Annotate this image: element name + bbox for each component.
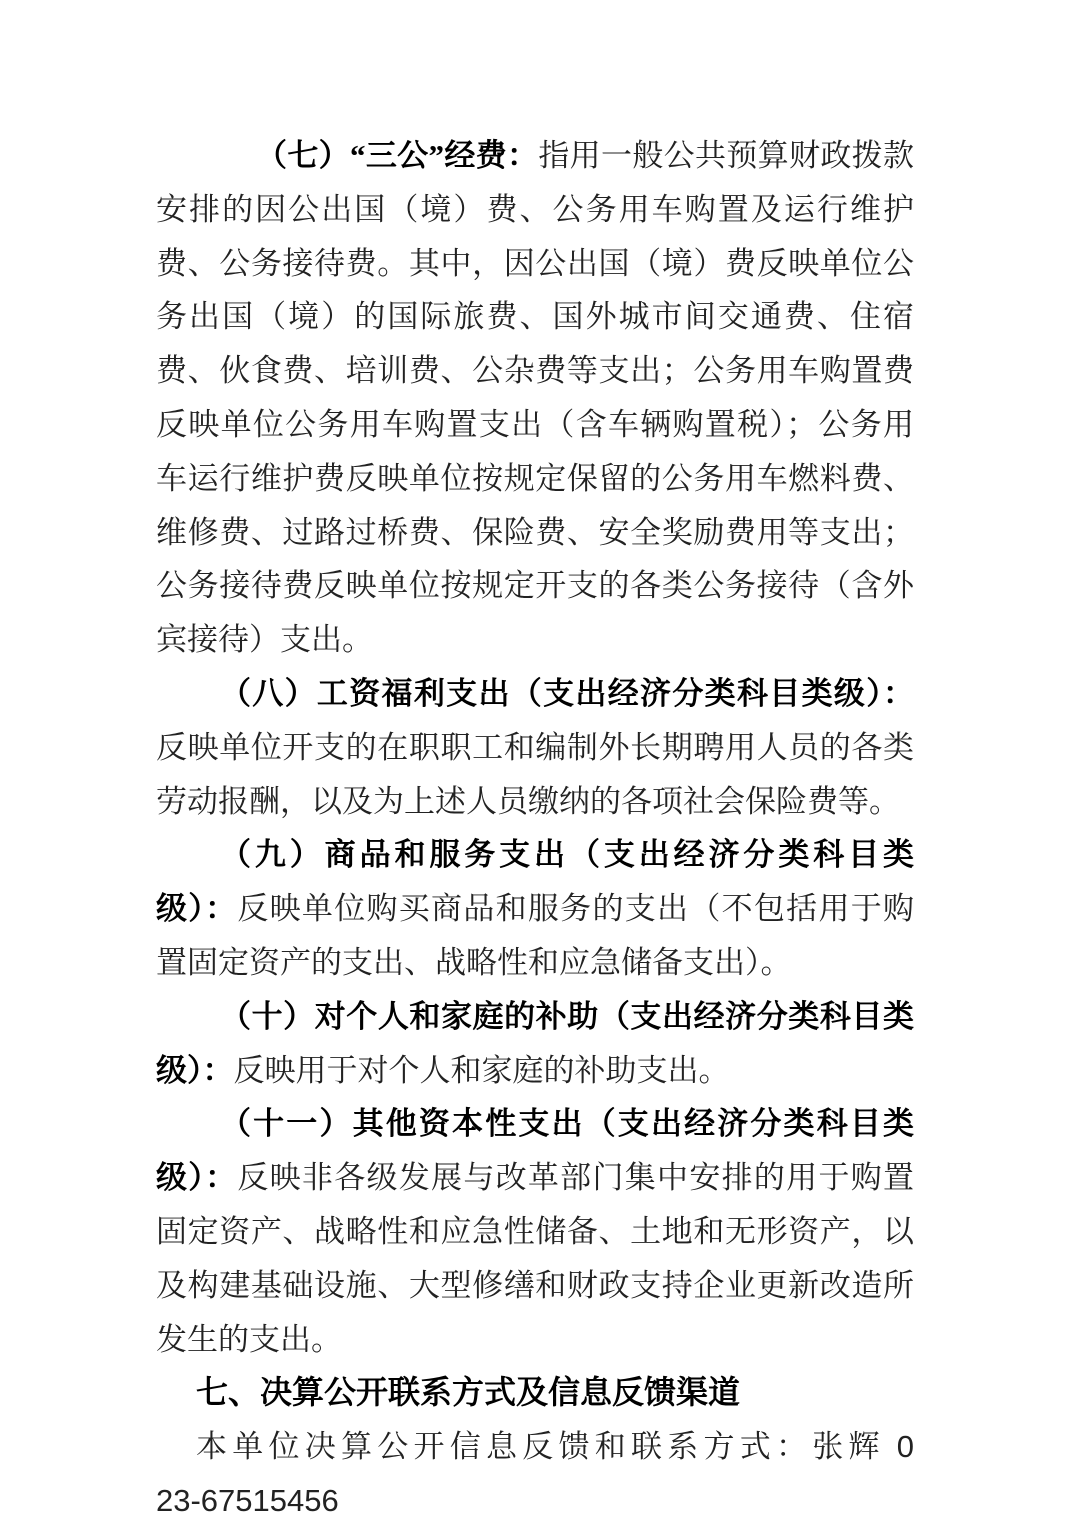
contact-text: 本单位决算公开信息反馈和联系方式：: [196, 1429, 812, 1464]
paragraph-term-11-body: 反映非各级发展与改革部门集中安排的用于购置固定资产、战略性和应急性储备、土地和无…: [156, 1160, 914, 1356]
paragraph-term-9: （九）商品和服务支出（支出经济分类科目类级）：反映单位购买商品和服务的支出（不包…: [156, 828, 914, 989]
section-heading: 七、决算公开联系方式及信息反馈渠道: [156, 1366, 914, 1420]
paragraph-term-10: （十）对个人和家庭的补助（支出经济分类科目类级）：反映用于对个人和家庭的补助支出…: [156, 990, 914, 1098]
document-content: （七）“三公”经费：指用一般公共预算财政拨款安排的因公出国（境）费、公务用车购置…: [156, 129, 914, 1520]
contact-name: 张辉: [812, 1429, 885, 1464]
paragraph-term-7: （七）“三公”经费：指用一般公共预算财政拨款安排的因公出国（境）费、公务用车购置…: [156, 129, 914, 667]
paragraph-term-7-lead: （七）“三公”经费：: [256, 138, 538, 173]
paragraph-term-8-lead: （八）工资福利支出（支出经济分类科目类级）：: [220, 676, 914, 711]
paragraph-term-10-body: 反映用于对个人和家庭的补助支出。: [234, 1053, 730, 1088]
document-page: （七）“三公”经费：指用一般公共预算财政拨款安排的因公出国（境）费、公务用车购置…: [0, 0, 1074, 1520]
paragraph-term-11: （十一）其他资本性支出（支出经济分类科目类级）：反映非各级发展与改革部门集中安排…: [156, 1097, 914, 1366]
paragraph-term-7-body: 指用一般公共预算财政拨款安排的因公出国（境）费、公务用车购置及运行维护费、公务接…: [156, 138, 914, 657]
contact-paragraph: 本单位决算公开信息反馈和联系方式：张辉023-67515456: [156, 1420, 914, 1520]
paragraph-term-8: （八）工资福利支出（支出经济分类科目类级）：反映单位开支的在职职工和编制外长期聘…: [156, 667, 914, 828]
paragraph-term-9-body: 反映单位购买商品和服务的支出（不包括用于购置固定资产的支出、战略性和应急储备支出…: [156, 891, 914, 980]
paragraph-term-8-body: 反映单位开支的在职职工和编制外长期聘用人员的各类劳动报酬，以及为上述人员缴纳的各…: [156, 730, 914, 819]
